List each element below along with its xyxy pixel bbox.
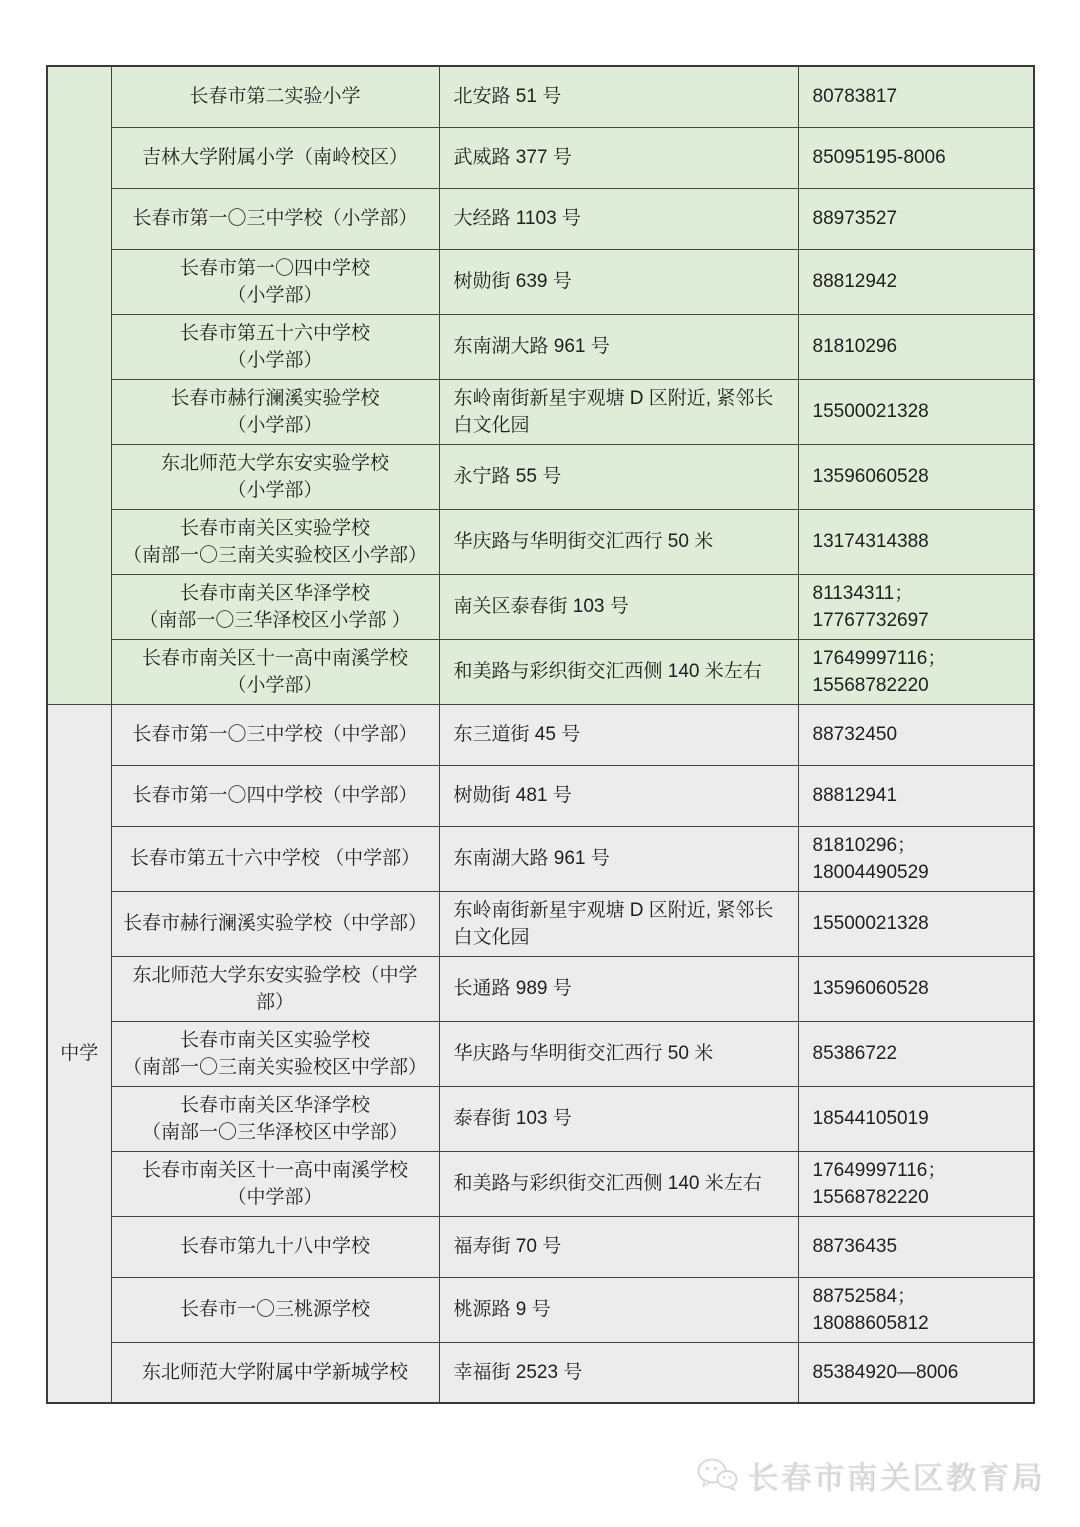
school-address-cell: 幸福街 2523 号 [439, 1342, 798, 1403]
category-cell: 中学 [47, 704, 111, 1403]
school-phone-cell: 15500021328 [798, 891, 1034, 956]
footer-watermark: 长春市南关区教育局 [697, 1452, 1044, 1497]
table-row: 长春市一〇三桃源学校桃源路 9 号88752584；18088605812 [47, 1277, 1034, 1342]
school-phone-cell: 17649997116； 15568782220 [798, 639, 1034, 704]
school-name-cell: 长春市第五十六中学校 （小学部） [111, 314, 439, 379]
school-address-cell: 永宁路 55 号 [439, 444, 798, 509]
school-name-cell: 东北师范大学附属中学新城学校 [111, 1342, 439, 1403]
school-address-cell: 华庆路与华明街交汇西行 50 米 [439, 509, 798, 574]
school-name-cell: 长春市第九十八中学校 [111, 1216, 439, 1277]
school-name-cell: 东北师范大学东安实验学校（中学部） [111, 956, 439, 1021]
school-phone-cell: 81134311；17767732697 [798, 574, 1034, 639]
table-row: 长春市第一〇三中学校（小学部）大经路 1103 号88973527 [47, 188, 1034, 249]
table-row: 长春市南关区实验学校 （南部一〇三南关实验校区小学部）华庆路与华明街交汇西行 5… [47, 509, 1034, 574]
school-address-cell: 东三道街 45 号 [439, 704, 798, 765]
school-phone-cell: 88812941 [798, 765, 1034, 826]
table-row: 东北师范大学附属中学新城学校幸福街 2523 号85384920—8006 [47, 1342, 1034, 1403]
school-address-cell: 东岭南街新星宇观塘 D 区附近, 紧邻长白文化园 [439, 891, 798, 956]
school-name-cell: 长春市第一〇三中学校（小学部） [111, 188, 439, 249]
school-phone-cell: 17649997116； 15568782220 [798, 1151, 1034, 1216]
school-phone-cell: 85384920—8006 [798, 1342, 1034, 1403]
table-row: 长春市赫行澜溪实验学校（中学部）东岭南街新星宇观塘 D 区附近, 紧邻长白文化园… [47, 891, 1034, 956]
school-phone-cell: 88752584；18088605812 [798, 1277, 1034, 1342]
school-address-cell: 桃源路 9 号 [439, 1277, 798, 1342]
table-row: 长春市赫行澜溪实验学校 （小学部）东岭南街新星宇观塘 D 区附近, 紧邻长白文化… [47, 379, 1034, 444]
school-phone-cell: 13596060528 [798, 956, 1034, 1021]
school-name-cell: 长春市赫行澜溪实验学校 （小学部） [111, 379, 439, 444]
table-row: 东北师范大学东安实验学校（中学部）长通路 989 号13596060528 [47, 956, 1034, 1021]
school-name-cell: 长春市第五十六中学校 （中学部） [111, 826, 439, 891]
school-address-cell: 树勋街 639 号 [439, 249, 798, 314]
page: { "table": { "columns": ["类别", "学校", "地址… [0, 0, 1080, 1527]
category-cell [47, 66, 111, 704]
school-phone-cell: 13596060528 [798, 444, 1034, 509]
wechat-icon [697, 1457, 739, 1493]
table-row: 长春市第五十六中学校 （小学部）东南湖大路 961 号81810296 [47, 314, 1034, 379]
table-row: 吉林大学附属小学（南岭校区）武威路 377 号85095195-8006 [47, 127, 1034, 188]
school-address-cell: 南关区泰春街 103 号 [439, 574, 798, 639]
school-name-cell: 长春市南关区十一高中南溪学校 （中学部） [111, 1151, 439, 1216]
school-address-cell: 和美路与彩织街交汇西侧 140 米左右 [439, 1151, 798, 1216]
table-row: 长春市南关区十一高中南溪学校 （小学部）和美路与彩织街交汇西侧 140 米左右1… [47, 639, 1034, 704]
school-name-cell: 长春市第一〇四中学校 （小学部） [111, 249, 439, 314]
school-address-cell: 树勋街 481 号 [439, 765, 798, 826]
school-name-cell: 长春市第一〇四中学校（中学部） [111, 765, 439, 826]
school-phone-cell: 80783817 [798, 66, 1034, 127]
school-phone-cell: 88732450 [798, 704, 1034, 765]
table-row: 长春市第一〇四中学校（中学部）树勋街 481 号88812941 [47, 765, 1034, 826]
school-phone-cell: 81810296 [798, 314, 1034, 379]
school-contact-table: 长春市第二实验小学北安路 51 号80783817吉林大学附属小学（南岭校区）武… [46, 65, 1035, 1404]
school-address-cell: 和美路与彩织街交汇西侧 140 米左右 [439, 639, 798, 704]
table-row: 长春市南关区十一高中南溪学校 （中学部）和美路与彩织街交汇西侧 140 米左右1… [47, 1151, 1034, 1216]
table-row: 长春市南关区实验学校 （南部一〇三南关实验校区中学部）华庆路与华明街交汇西行 5… [47, 1021, 1034, 1086]
school-address-cell: 东南湖大路 961 号 [439, 826, 798, 891]
table-row: 中学长春市第一〇三中学校（中学部）东三道街 45 号88732450 [47, 704, 1034, 765]
school-phone-cell: 18544105019 [798, 1086, 1034, 1151]
school-address-cell: 华庆路与华明街交汇西行 50 米 [439, 1021, 798, 1086]
footer-text: 长春市南关区教育局 [747, 1452, 1044, 1497]
school-address-cell: 大经路 1103 号 [439, 188, 798, 249]
school-name-cell: 长春市第二实验小学 [111, 66, 439, 127]
table-row: 长春市南关区华泽学校 （南部一〇三华泽校区小学部 ）南关区泰春街 103 号81… [47, 574, 1034, 639]
school-name-cell: 长春市第一〇三中学校（中学部） [111, 704, 439, 765]
school-address-cell: 东岭南街新星宇观塘 D 区附近, 紧邻长白文化园 [439, 379, 798, 444]
school-address-cell: 武威路 377 号 [439, 127, 798, 188]
table-row: 长春市第二实验小学北安路 51 号80783817 [47, 66, 1034, 127]
school-phone-cell: 81810296；18004490529 [798, 826, 1034, 891]
school-phone-cell: 85095195-8006 [798, 127, 1034, 188]
school-address-cell: 长通路 989 号 [439, 956, 798, 1021]
table-row: 长春市第五十六中学校 （中学部）东南湖大路 961 号81810296；1800… [47, 826, 1034, 891]
school-address-cell: 福寿街 70 号 [439, 1216, 798, 1277]
school-name-cell: 长春市一〇三桃源学校 [111, 1277, 439, 1342]
school-name-cell: 长春市南关区十一高中南溪学校 （小学部） [111, 639, 439, 704]
school-address-cell: 东南湖大路 961 号 [439, 314, 798, 379]
school-name-cell: 长春市南关区华泽学校 （南部一〇三华泽校区小学部 ） [111, 574, 439, 639]
school-phone-cell: 13174314388 [798, 509, 1034, 574]
table-row: 长春市第九十八中学校福寿街 70 号88736435 [47, 1216, 1034, 1277]
school-phone-cell: 15500021328 [798, 379, 1034, 444]
school-phone-cell: 85386722 [798, 1021, 1034, 1086]
school-name-cell: 东北师范大学东安实验学校 （小学部） [111, 444, 439, 509]
school-address-cell: 泰春街 103 号 [439, 1086, 798, 1151]
table-row: 长春市南关区华泽学校 （南部一〇三华泽校区中学部）泰春街 103 号185441… [47, 1086, 1034, 1151]
school-name-cell: 长春市南关区实验学校 （南部一〇三南关实验校区小学部） [111, 509, 439, 574]
school-table-body: 长春市第二实验小学北安路 51 号80783817吉林大学附属小学（南岭校区）武… [47, 66, 1034, 1403]
school-name-cell: 吉林大学附属小学（南岭校区） [111, 127, 439, 188]
school-phone-cell: 88736435 [798, 1216, 1034, 1277]
school-phone-cell: 88812942 [798, 249, 1034, 314]
school-phone-cell: 88973527 [798, 188, 1034, 249]
school-address-cell: 北安路 51 号 [439, 66, 798, 127]
table-row: 长春市第一〇四中学校 （小学部）树勋街 639 号88812942 [47, 249, 1034, 314]
school-name-cell: 长春市南关区华泽学校 （南部一〇三华泽校区中学部） [111, 1086, 439, 1151]
school-name-cell: 长春市赫行澜溪实验学校（中学部） [111, 891, 439, 956]
school-name-cell: 长春市南关区实验学校 （南部一〇三南关实验校区中学部） [111, 1021, 439, 1086]
table-row: 东北师范大学东安实验学校 （小学部）永宁路 55 号13596060528 [47, 444, 1034, 509]
